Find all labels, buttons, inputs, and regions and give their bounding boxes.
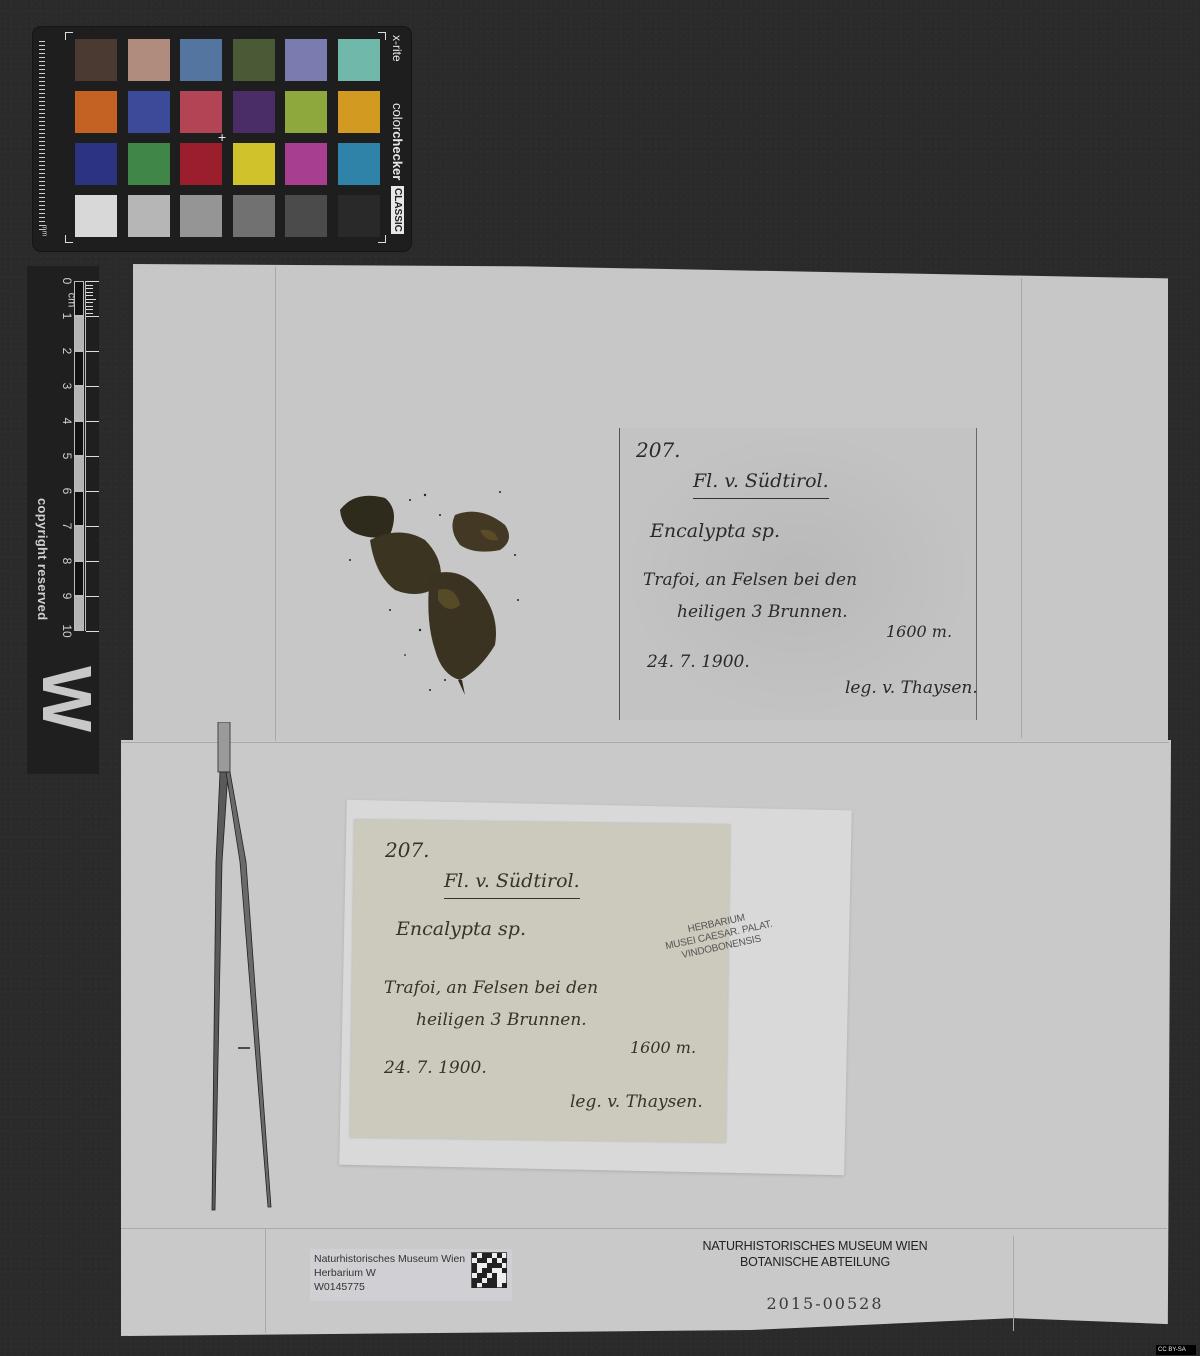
label-elevation: 1600 m. — [886, 622, 952, 641]
scale-segment — [74, 281, 84, 316]
scale-segment — [74, 491, 84, 526]
color-patch — [75, 195, 117, 237]
xrite-logo: x-rite — [390, 35, 404, 62]
color-patch — [338, 39, 380, 81]
color-patch — [285, 143, 327, 185]
scale-checker-bars — [74, 281, 84, 631]
scale-tick — [86, 596, 99, 597]
color-patch — [233, 39, 275, 81]
orig-label-elevation: 1600 m. — [630, 1038, 696, 1057]
scale-segment — [74, 316, 84, 351]
color-patch — [233, 195, 275, 237]
scale-tick — [86, 386, 99, 387]
scale-tick — [86, 292, 93, 293]
scale-number: 4 — [60, 411, 74, 431]
herbarium-w-logo: W — [32, 666, 102, 732]
orig-label-taxon: Encalypta sp. — [396, 918, 526, 940]
moss-specimen — [330, 480, 530, 700]
scale-number: 5 — [60, 446, 74, 466]
orig-label-region: Fl. v. Südtirol. — [444, 870, 580, 899]
fold-line — [265, 1228, 266, 1333]
scale-tick — [86, 288, 93, 289]
scale-number: 8 — [60, 551, 74, 571]
cm-scale-bar: cm 012345678910 copyright reserved W — [27, 266, 99, 774]
color-patch — [285, 195, 327, 237]
color-patch — [180, 39, 222, 81]
museum-name: NATURHISTORISCHES MUSEUM WIEN — [660, 1238, 970, 1254]
scale-tick — [86, 491, 99, 492]
scale-number: 1 — [60, 306, 74, 326]
scale-segment — [74, 351, 84, 386]
museum-department: BOTANISCHE ABTEILUNG — [660, 1254, 970, 1270]
orig-label-locality-1: Trafoi, an Felsen bei den — [384, 978, 598, 998]
scale-number: 9 — [60, 586, 74, 606]
color-patch — [180, 91, 222, 133]
scale-segment — [74, 526, 84, 561]
mm-ruler — [39, 41, 49, 231]
color-patch — [75, 91, 117, 133]
scale-tick — [86, 456, 99, 457]
fold-line — [1021, 278, 1022, 738]
scale-tick — [86, 295, 93, 296]
fold-line — [121, 1228, 1167, 1229]
fold-line — [1013, 1236, 1014, 1331]
fold-line — [121, 742, 1169, 743]
scale-tick — [86, 351, 99, 352]
color-patch — [75, 143, 117, 185]
label-number: 207. — [636, 438, 681, 462]
color-checker-card: mm + x-rite colorchecker CLASSIC — [33, 27, 411, 251]
crop-corner-mark — [65, 32, 73, 40]
scale-ticks — [85, 281, 99, 631]
orig-label-number: 207. — [385, 838, 430, 862]
color-patch — [285, 91, 327, 133]
scale-tick — [86, 309, 93, 310]
scale-segment — [74, 386, 84, 421]
color-patch — [285, 39, 327, 81]
color-patch — [75, 39, 117, 81]
color-patch — [233, 143, 275, 185]
scale-tick — [86, 306, 93, 307]
scale-segment — [74, 456, 84, 491]
crop-corner-mark — [65, 235, 73, 243]
scale-tick — [86, 281, 99, 282]
scale-number: 3 — [60, 376, 74, 396]
color-patch — [128, 91, 170, 133]
color-patch — [128, 143, 170, 185]
orig-label-collector: leg. v. Thaysen. — [570, 1092, 703, 1112]
color-patch — [180, 143, 222, 185]
scale-tick — [86, 313, 93, 314]
scale-number: 0 — [60, 271, 74, 291]
label-date: 24. 7. 1900. — [647, 652, 750, 672]
scale-number: 2 — [60, 341, 74, 361]
museum-stamp: NATURHISTORISCHES MUSEUM WIEN BOTANISCHE… — [660, 1238, 970, 1270]
ruler-unit-label: mm — [40, 225, 47, 237]
scale-segment — [74, 596, 84, 631]
scale-tick — [86, 302, 93, 303]
color-patch — [180, 195, 222, 237]
qr-code-icon — [471, 1252, 507, 1288]
label-collector: leg. v. Thaysen. — [845, 678, 978, 698]
color-patch — [233, 91, 275, 133]
scale-tick — [86, 299, 96, 300]
scale-number: 6 — [60, 481, 74, 501]
color-patch — [128, 195, 170, 237]
scale-segment — [74, 421, 84, 456]
fold-line — [275, 266, 276, 741]
scale-number: 10 — [60, 621, 74, 641]
scale-tick — [86, 285, 93, 286]
scale-tick — [86, 421, 99, 422]
orig-label-locality-2: heiligen 3 Brunnen. — [416, 1010, 587, 1030]
copyright-text: copyright reserved — [35, 498, 50, 620]
scale-tick — [86, 316, 99, 317]
scale-number: 7 — [60, 516, 74, 536]
forceps — [208, 722, 278, 1214]
label-region: Fl. v. Südtirol. — [693, 470, 829, 499]
scale-tick — [86, 526, 99, 527]
color-patch — [338, 143, 380, 185]
color-patch — [338, 195, 380, 237]
color-patch — [128, 39, 170, 81]
scale-tick — [86, 631, 99, 632]
product-name: colorchecker — [390, 103, 405, 180]
scale-tick — [86, 561, 99, 562]
license-badge: CC BY-SA — [1156, 1345, 1196, 1355]
accession-number: 2015-00528 — [740, 1294, 910, 1313]
edition-badge: CLASSIC — [391, 186, 404, 234]
crosshair-icon: + — [218, 130, 226, 144]
label-locality-1: Trafoi, an Felsen bei den — [643, 570, 857, 590]
label-locality-2: heiligen 3 Brunnen. — [677, 602, 848, 622]
label-taxon: Encalypta sp. — [650, 520, 780, 542]
orig-label-date: 24. 7. 1900. — [384, 1058, 487, 1078]
color-patch-grid — [75, 39, 380, 237]
color-patch — [338, 91, 380, 133]
scale-segment — [74, 561, 84, 596]
checker-branding: x-rite colorchecker CLASSIC — [385, 35, 405, 245]
